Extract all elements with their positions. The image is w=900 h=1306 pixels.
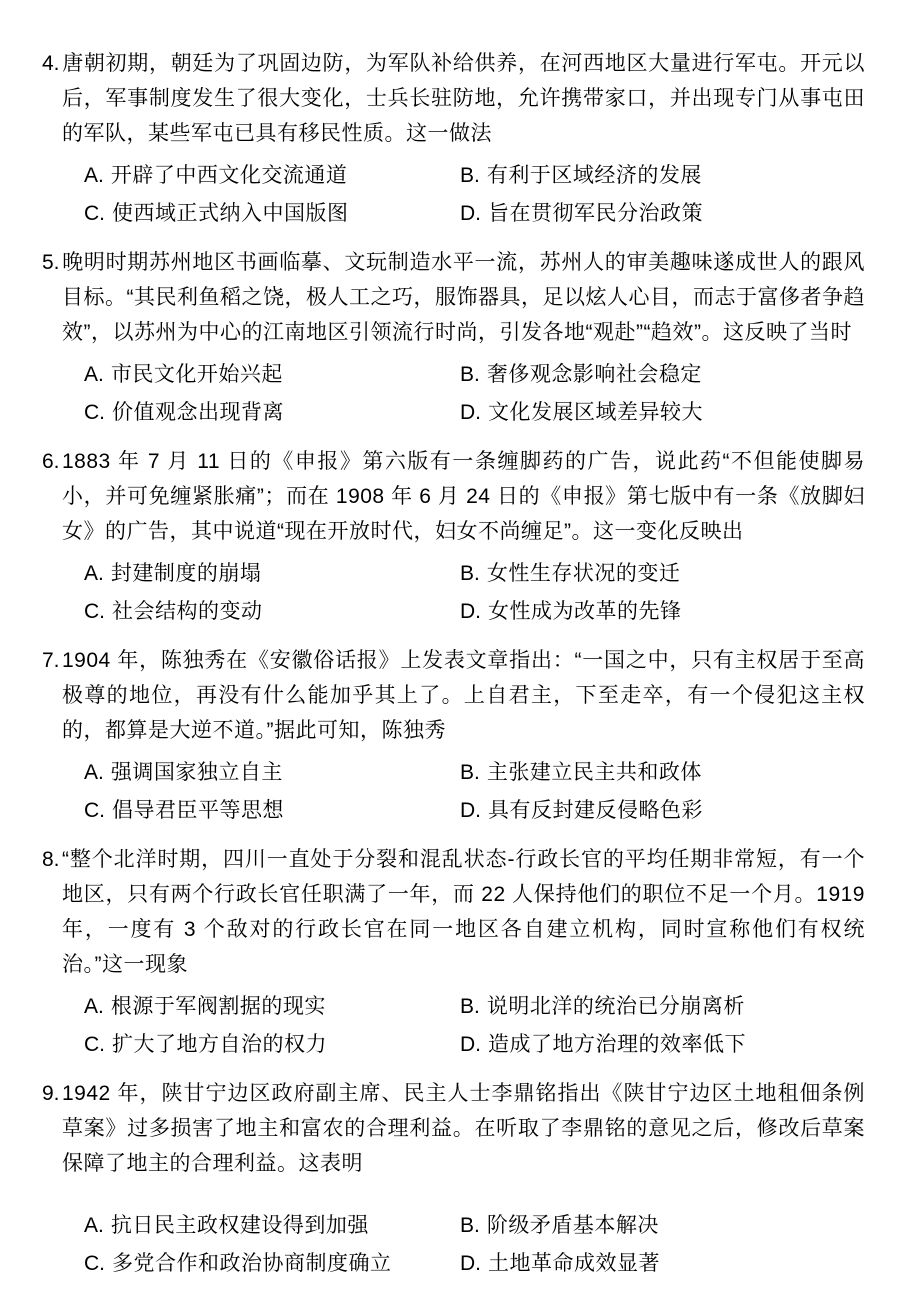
option-row: C.使西域正式纳入中国版图 D.旨在贯彻军民分治政策 xyxy=(84,195,865,233)
option-label: B. xyxy=(460,995,480,1018)
option-row: A.抗日民主政权建设得到加强 B.阶级矛盾基本解决 xyxy=(84,1207,865,1245)
option-label: B. xyxy=(460,1214,480,1237)
option-b: B.奢侈观念影响社会稳定 xyxy=(460,356,865,394)
option-text: 市民文化开始兴起 xyxy=(111,363,283,386)
option-text: 强调国家独立自主 xyxy=(111,761,283,784)
option-label: B. xyxy=(460,363,480,386)
option-row: A.根源于军阀割据的现实 B.说明北洋的统治已分崩离析 xyxy=(84,988,865,1026)
option-text: 文化发展区域差异较大 xyxy=(488,401,703,424)
question-7: 7.1904 年，陈独秀在《安徽俗话报》上发表文章指出：“一国之中，只有主权居于… xyxy=(42,643,865,830)
question-stem: 5.晚明时期苏州地区书画临摹、文玩制造水平一流，苏州人的审美趣味遂成世人的跟风目… xyxy=(42,245,865,350)
question-number: 9. xyxy=(42,1076,62,1111)
question-stem: 6.1883 年 7 月 11 日的《申报》第六版有一条缠脚药的广告，说此药“不… xyxy=(42,444,865,549)
option-text: 奢侈观念影响社会稳定 xyxy=(487,363,702,386)
option-label: D. xyxy=(460,799,481,822)
option-text: 扩大了地方自治的权力 xyxy=(112,1033,327,1056)
option-row: C.扩大了地方自治的权力 D.造成了地方治理的效率低下 xyxy=(84,1026,865,1064)
question-8: 8.“整个北洋时期，四川一直处于分裂和混乱状态-行政长官的平均任期非常短，有一个… xyxy=(42,842,865,1064)
option-text: 倡导君臣平等思想 xyxy=(112,799,284,822)
option-a: A.市民文化开始兴起 xyxy=(84,356,460,394)
option-c: C.倡导君臣平等思想 xyxy=(84,792,460,830)
option-row: A.强调国家独立自主 B.主张建立民主共和政体 xyxy=(84,754,865,792)
option-label: D. xyxy=(460,600,481,623)
option-label: A. xyxy=(84,1214,104,1237)
option-text: 开辟了中西文化交流通道 xyxy=(111,164,348,187)
option-b: B.主张建立民主共和政体 xyxy=(460,754,865,792)
option-row: A.开辟了中西文化交流通道 B.有利于区域经济的发展 xyxy=(84,157,865,195)
question-stem: 9.1942 年，陕甘宁边区政府副主席、民主人士李鼎铭指出《陕甘宁边区土地租佃条… xyxy=(42,1076,865,1181)
option-label: C. xyxy=(84,202,105,225)
option-d: D.文化发展区域差异较大 xyxy=(460,394,865,432)
option-d: D.旨在贯彻军民分治政策 xyxy=(460,195,865,233)
option-label: C. xyxy=(84,600,105,623)
option-label: A. xyxy=(84,164,104,187)
options-grid: A.市民文化开始兴起 B.奢侈观念影响社会稳定 C.价值观念出现背离 D.文化发… xyxy=(42,356,865,432)
option-text: 价值观念出现背离 xyxy=(112,401,284,424)
option-text: 主张建立民主共和政体 xyxy=(487,761,702,784)
option-label: A. xyxy=(84,363,104,386)
option-d: D.造成了地方治理的效率低下 xyxy=(460,1026,865,1064)
options-grid: A.强调国家独立自主 B.主张建立民主共和政体 C.倡导君臣平等思想 D.具有反… xyxy=(42,754,865,830)
question-number: 5. xyxy=(42,245,62,280)
question-number: 7. xyxy=(42,643,62,678)
option-text: 使西域正式纳入中国版图 xyxy=(112,202,349,225)
option-a: A.根源于军阀割据的现实 xyxy=(84,988,460,1026)
option-label: A. xyxy=(84,995,104,1018)
question-number: 8. xyxy=(42,842,62,877)
option-label: D. xyxy=(460,401,481,424)
option-text: 说明北洋的统治已分崩离析 xyxy=(487,995,745,1018)
question-5: 5.晚明时期苏州地区书画临摹、文玩制造水平一流，苏州人的审美趣味遂成世人的跟风目… xyxy=(42,245,865,432)
option-text: 具有反封建反侵略色彩 xyxy=(488,799,703,822)
option-text: 抗日民主政权建设得到加强 xyxy=(111,1214,369,1237)
question-stem-text: 1904 年，陈独秀在《安徽俗话报》上发表文章指出：“一国之中，只有主权居于至高… xyxy=(62,649,865,742)
option-text: 土地革命成效显著 xyxy=(488,1252,660,1275)
question-stem-text: 1883 年 7 月 11 日的《申报》第六版有一条缠脚药的广告，说此药“不但能… xyxy=(62,450,865,543)
option-b: B.有利于区域经济的发展 xyxy=(460,157,865,195)
option-row: A.封建制度的崩塌 B.女性生存状况的变迁 xyxy=(84,555,865,593)
options-grid: A.封建制度的崩塌 B.女性生存状况的变迁 C.社会结构的变动 D.女性成为改革… xyxy=(42,555,865,631)
option-a: A.抗日民主政权建设得到加强 xyxy=(84,1207,460,1245)
option-label: A. xyxy=(84,761,104,784)
question-stem-text: 唐朝初期，朝廷为了巩固边防，为军队补给供养，在河西地区大量进行军屯。开元以后，军… xyxy=(62,52,865,145)
option-text: 社会结构的变动 xyxy=(112,600,263,623)
option-label: D. xyxy=(460,1033,481,1056)
option-b: B.说明北洋的统治已分崩离析 xyxy=(460,988,865,1026)
question-stem: 4.唐朝初期，朝廷为了巩固边防，为军队补给供养，在河西地区大量进行军屯。开元以后… xyxy=(42,46,865,151)
option-row: C.倡导君臣平等思想 D.具有反封建反侵略色彩 xyxy=(84,792,865,830)
option-row: A.市民文化开始兴起 B.奢侈观念影响社会稳定 xyxy=(84,356,865,394)
option-label: B. xyxy=(460,164,480,187)
option-label: B. xyxy=(460,761,480,784)
exam-page: 4.唐朝初期，朝廷为了巩固边防，为军队补给供养，在河西地区大量进行军屯。开元以后… xyxy=(0,0,900,1283)
option-label: A. xyxy=(84,562,104,585)
option-label: C. xyxy=(84,1252,105,1275)
option-label: D. xyxy=(460,202,481,225)
option-label: C. xyxy=(84,1033,105,1056)
options-grid: A.抗日民主政权建设得到加强 B.阶级矛盾基本解决 C.多党合作和政治协商制度确… xyxy=(42,1207,865,1283)
question-stem: 7.1904 年，陈独秀在《安徽俗话报》上发表文章指出：“一国之中，只有主权居于… xyxy=(42,643,865,748)
option-text: 旨在贯彻军民分治政策 xyxy=(488,202,703,225)
option-text: 根源于军阀割据的现实 xyxy=(111,995,326,1018)
option-row: C.价值观念出现背离 D.文化发展区域差异较大 xyxy=(84,394,865,432)
option-label: B. xyxy=(460,562,480,585)
options-grid: A.根源于军阀割据的现实 B.说明北洋的统治已分崩离析 C.扩大了地方自治的权力… xyxy=(42,988,865,1064)
option-row: C.多党合作和政治协商制度确立 D.土地革命成效显著 xyxy=(84,1245,865,1283)
option-text: 女性生存状况的变迁 xyxy=(487,562,681,585)
option-label: C. xyxy=(84,401,105,424)
option-text: 有利于区域经济的发展 xyxy=(487,164,702,187)
option-text: 造成了地方治理的效率低下 xyxy=(488,1033,746,1056)
option-label: D. xyxy=(460,1252,481,1275)
question-stem: 8.“整个北洋时期，四川一直处于分裂和混乱状态-行政长官的平均任期非常短，有一个… xyxy=(42,842,865,982)
option-c: C.使西域正式纳入中国版图 xyxy=(84,195,460,233)
options-grid: A.开辟了中西文化交流通道 B.有利于区域经济的发展 C.使西域正式纳入中国版图… xyxy=(42,157,865,233)
question-stem-text: 1942 年，陕甘宁边区政府副主席、民主人士李鼎铭指出《陕甘宁边区土地租佃条例草… xyxy=(62,1082,865,1175)
option-text: 多党合作和政治协商制度确立 xyxy=(112,1252,392,1275)
question-stem-text: “整个北洋时期，四川一直处于分裂和混乱状态-行政长官的平均任期非常短，有一个地区… xyxy=(62,848,865,976)
question-9: 9.1942 年，陕甘宁边区政府副主席、民主人士李鼎铭指出《陕甘宁边区土地租佃条… xyxy=(42,1076,865,1283)
option-a: A.封建制度的崩塌 xyxy=(84,555,460,593)
option-d: D.女性成为改革的先锋 xyxy=(460,593,865,631)
option-d: D.土地革命成效显著 xyxy=(460,1245,865,1283)
option-c: C.社会结构的变动 xyxy=(84,593,460,631)
question-number: 4. xyxy=(42,46,62,81)
option-text: 封建制度的崩塌 xyxy=(111,562,262,585)
question-stem-text: 晚明时期苏州地区书画临摹、文玩制造水平一流，苏州人的审美趣味遂成世人的跟风目标。… xyxy=(62,251,865,344)
option-text: 女性成为改革的先锋 xyxy=(488,600,682,623)
question-number: 6. xyxy=(42,444,62,479)
option-a: A.开辟了中西文化交流通道 xyxy=(84,157,460,195)
option-a: A.强调国家独立自主 xyxy=(84,754,460,792)
option-row: C.社会结构的变动 D.女性成为改革的先锋 xyxy=(84,593,865,631)
option-c: C.多党合作和政治协商制度确立 xyxy=(84,1245,460,1283)
option-c: C.扩大了地方自治的权力 xyxy=(84,1026,460,1064)
question-4: 4.唐朝初期，朝廷为了巩固边防，为军队补给供养，在河西地区大量进行军屯。开元以后… xyxy=(42,46,865,233)
option-d: D.具有反封建反侵略色彩 xyxy=(460,792,865,830)
option-text: 阶级矛盾基本解决 xyxy=(487,1214,659,1237)
option-b: B.阶级矛盾基本解决 xyxy=(460,1207,865,1245)
question-6: 6.1883 年 7 月 11 日的《申报》第六版有一条缠脚药的广告，说此药“不… xyxy=(42,444,865,631)
option-b: B.女性生存状况的变迁 xyxy=(460,555,865,593)
option-c: C.价值观念出现背离 xyxy=(84,394,460,432)
option-label: C. xyxy=(84,799,105,822)
